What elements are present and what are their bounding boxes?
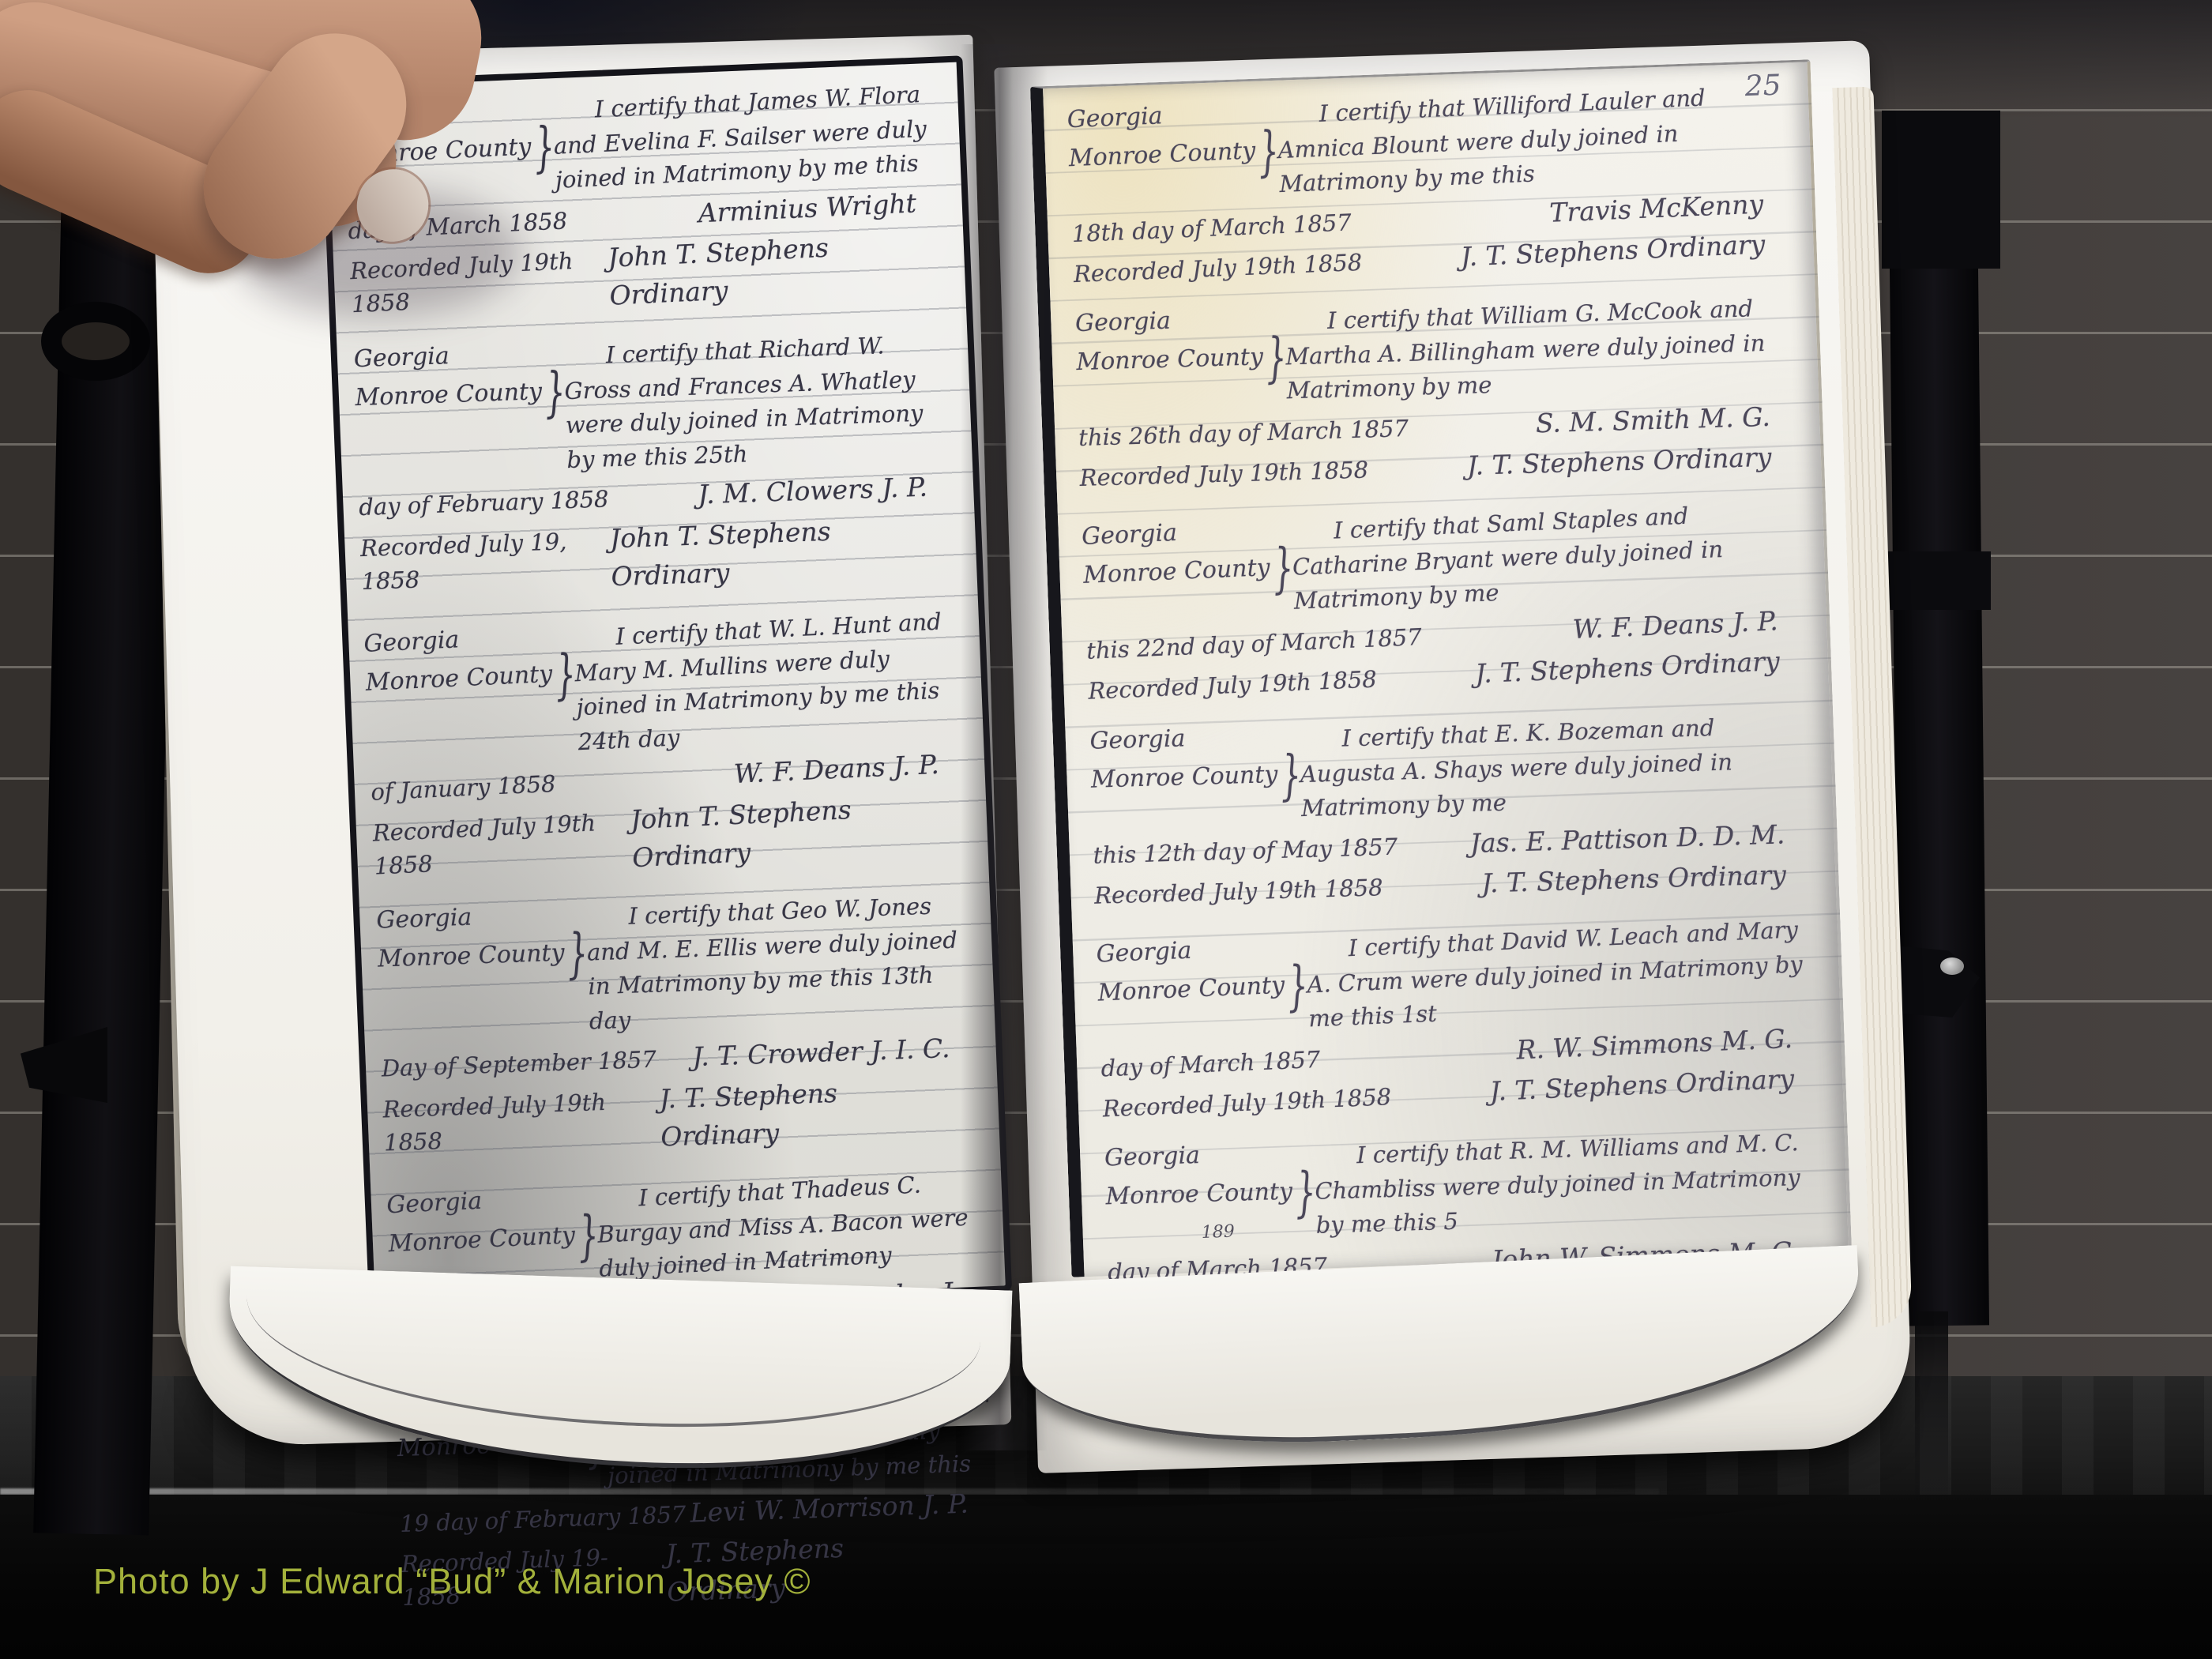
- county-label: Monroe County: [1076, 343, 1263, 376]
- brace-glyph: }: [1283, 946, 1310, 1025]
- record-county: Monroe County}: [1068, 129, 1279, 183]
- record-recorded-row: Recorded July 19, 1858 John T. Stephens …: [359, 508, 959, 604]
- record-recorded-row: Recorded July 19th 1858 J. T. Stephens O…: [382, 1070, 982, 1165]
- county-label: Monroe County: [378, 939, 566, 972]
- county-label: Monroe County: [1097, 971, 1285, 1006]
- record-margin: Georgia Monroe County}: [1074, 301, 1287, 415]
- record-certification: I certify that Thadeus C. Burgay and Mis…: [595, 1160, 987, 1285]
- county-label: Monroe County: [1105, 1177, 1292, 1210]
- record-ordinary-signature: J. T. Stephens Ordinary: [1466, 438, 1800, 485]
- record-recorded-line: Recorded July 19th 1858: [1073, 246, 1363, 291]
- county-label: Monroe County: [388, 1221, 576, 1257]
- record-officiant-signature: J. T. Crowder J. I. C.: [692, 1029, 979, 1076]
- right-rail-head-block: [1882, 111, 2000, 269]
- right-rail-metal-bolt: [1940, 957, 1964, 975]
- marriage-record: Georgia Monroe County} I certify that E.…: [1089, 703, 1815, 913]
- record-date-line: day of February 1858: [359, 482, 609, 524]
- right-register-photocopy: 25 Georgia Monroe County} I certify that…: [1030, 59, 1852, 1277]
- record-officiant-signature: Levi W. Morrison J. P.: [690, 1484, 998, 1532]
- brace-glyph: }: [1269, 529, 1296, 608]
- brace-glyph: }: [1277, 736, 1302, 814]
- record-county: Monroe County}: [1097, 963, 1308, 1018]
- record-margin: Georgia Monroe County}: [1081, 511, 1294, 627]
- record-recorded-line: Recorded July 19th 1858: [372, 804, 633, 882]
- record-date-line: day of March 1857: [1100, 1042, 1321, 1085]
- county-label: Monroe County: [355, 378, 543, 412]
- marriage-record: Georgia Monroe County} I certify that Wi…: [1066, 73, 1794, 292]
- left-rail-ring-knob: [41, 302, 150, 381]
- record-ordinary-signature: John T. Stephens Ordinary: [609, 508, 959, 596]
- record-date-line: 19 day of February 1857: [399, 1497, 687, 1540]
- county-label: Monroe County: [1083, 554, 1271, 589]
- record-officiant-signature: W. F. Deans J. P.: [1572, 601, 1808, 649]
- record-certification: I certify that W. L. Hunt and Mary M. Mu…: [572, 599, 966, 759]
- record-margin: Georgia Monroe County}: [376, 897, 590, 1046]
- brace-glyph: }: [551, 635, 577, 714]
- record-certification: I certify that R. M. Williams and M. C. …: [1313, 1120, 1827, 1243]
- county-label: Monroe County: [1090, 760, 1277, 793]
- photographer-watermark: Photo by J Edward “Bud” & Marion Josey ©: [93, 1561, 811, 1602]
- county-label: Monroe County: [1068, 137, 1256, 172]
- record-county: Monroe County}: [387, 1213, 598, 1268]
- brace-glyph: }: [1292, 1153, 1317, 1232]
- record-certification: I certify that Richard W. Gross and Fran…: [562, 322, 955, 478]
- record-recorded-line: Recorded July 19th 1858: [1079, 453, 1369, 495]
- record-margin: Georgia Monroe County}: [363, 617, 579, 769]
- record-certification: I certify that William G. McCook and Mar…: [1284, 286, 1798, 408]
- brace-glyph: }: [563, 915, 589, 994]
- record-date-line: of January 1858: [370, 766, 556, 808]
- record-recorded-line: Recorded July 19th 1858: [1094, 871, 1384, 912]
- record-ordinary-signature: J. T. Stephens Ordinary: [659, 1070, 982, 1156]
- marriage-record: Georgia Monroe County} I certify that Ge…: [376, 883, 982, 1165]
- record-recorded-line: Recorded July 19th 1858: [1088, 663, 1378, 708]
- brace-glyph: }: [540, 353, 566, 432]
- record-date-line: this 26th day of March 1857: [1078, 412, 1409, 454]
- record-certification: I certify that James W. Flora and Evelin…: [551, 72, 944, 197]
- book-gutter-shadow: [961, 44, 1048, 1450]
- record-recorded-line: Recorded July 19, 1858: [359, 523, 611, 598]
- brace-glyph: }: [574, 1197, 600, 1276]
- record-state: Georgia: [1089, 718, 1300, 758]
- record-county: Monroe County}: [1090, 752, 1301, 804]
- record-officiant-signature: Travis McKenny: [1548, 183, 1793, 231]
- record-recorded-line: Recorded July 19th 1858: [382, 1084, 661, 1160]
- record-recorded-line: Recorded July 19th 1858: [1102, 1080, 1392, 1125]
- record-date-line: this 12th day of May 1857: [1093, 829, 1398, 871]
- record-margin: Georgia Monroe County}: [1066, 94, 1280, 210]
- photo-of-marriage-record-book: 24 Georgia Monroe County} I certify that…: [0, 0, 2212, 1659]
- record-margin: Georgia Monroe County}: [1096, 928, 1309, 1044]
- brace-glyph: }: [529, 108, 556, 187]
- record-certification: I certify that Williford Lauler and Amni…: [1276, 73, 1791, 201]
- right-rail-lower-rod: [1915, 1311, 1948, 1509]
- record-county: Monroe County}: [377, 931, 588, 984]
- record-ordinary-signature: John T. Stephens Ordinary: [630, 785, 972, 877]
- brace-glyph: }: [1262, 319, 1288, 397]
- record-certification: I certify that Geo W. Jones and M. E. El…: [585, 883, 978, 1039]
- record-county: Monroe County}: [355, 370, 566, 423]
- marriage-record: Georgia Monroe County} I certify that Sa…: [1081, 490, 1808, 709]
- record-certification: I certify that E. K. Bozeman and Augusta…: [1299, 703, 1813, 826]
- record-certification: I certify that David W. Leach and Mary A…: [1305, 907, 1820, 1036]
- record-county: Monroe County}: [365, 652, 576, 707]
- right-page-records: Georgia Monroe County} I certify that Wi…: [1067, 75, 1832, 1374]
- record-officiant-signature: W. F. Deans J. P.: [733, 744, 969, 793]
- record-state: Georgia: [1104, 1135, 1315, 1176]
- record-margin: Georgia Monroe County}: [1089, 718, 1302, 832]
- marriage-record: Georgia Monroe County} I certify that Da…: [1096, 907, 1823, 1127]
- margin-mark: 189: [1201, 1222, 1235, 1243]
- record-county: Monroe County}: [1105, 1169, 1316, 1221]
- record-county: Monroe County}: [1076, 335, 1287, 387]
- record-date-line: 18th day of March 1857: [1071, 205, 1352, 250]
- record-ordinary-signature: John T. Stephens Ordinary: [607, 224, 949, 315]
- record-ordinary-signature: J. T. Stephens Ordinary: [1481, 855, 1815, 902]
- record-officiant-signature: Jas. E. Pattison D. D. M.: [1469, 814, 1814, 862]
- record-margin: Georgia Monroe County}: [353, 335, 567, 484]
- marriage-record: Georgia Monroe County} I certify that Ri…: [353, 322, 959, 604]
- record-officiant-signature: J. M. Clowers J. P.: [698, 467, 957, 513]
- record-officiant-signature: S. M. Smith M. G.: [1535, 397, 1799, 442]
- record-date-line: Day of September 1857: [381, 1043, 656, 1085]
- county-label: Monroe County: [365, 660, 553, 696]
- record-county: Monroe County}: [1082, 546, 1293, 600]
- brace-glyph: }: [1254, 112, 1281, 191]
- record-certification: I certify that Saml Staples and Catharin…: [1290, 490, 1805, 619]
- marriage-record: Georgia Monroe County} I certify that W.…: [363, 599, 972, 889]
- marriage-record: Georgia Monroe County} I certify that Wi…: [1074, 286, 1800, 496]
